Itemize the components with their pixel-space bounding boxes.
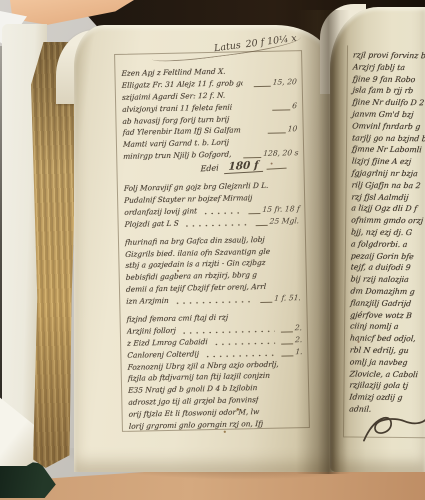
dash-rule (268, 133, 286, 134)
right-page-line: bjj, nzj ezj dj. G (351, 226, 425, 239)
row-handwriting: stbj a gozjedain is a rizjti - Gin czjbg… (125, 258, 266, 270)
leader-dots (181, 329, 275, 336)
right-page-line: Idmizj ozdij g (349, 392, 425, 405)
photo-of-open-ledger-book: Latus 20 f 10¼ x Ezen Apj z Feltlind Man… (0, 0, 425, 500)
right-text-frame: rzjl provi forvinz br Arzjrj fablj ta fj… (343, 45, 425, 438)
right-page-line: rzjl provi forvinz br (352, 50, 425, 63)
row-handwriting: Gizgrils bied. ilania ofn Szavantign gle (125, 246, 270, 258)
ledger-rows: Ezen Apj z Feltlind Mand X. Elligatz Fr.… (121, 65, 304, 434)
row-handwriting: demii a fan tejif Cbzjif fetr orenj, Arr… (126, 282, 267, 294)
dash-rule (267, 168, 287, 170)
row-handwriting: bebisfidi gagbera an rbzjirj, bbrg g (126, 270, 258, 282)
leader-dots (213, 340, 275, 346)
dash-rule (281, 331, 293, 332)
row-handwriting: fizjla ab ftdjvarnij tan ftij lazjil con… (128, 371, 271, 383)
dash-rule (281, 343, 293, 344)
leader-dots (237, 106, 266, 112)
left-text-frame: Latus 20 f 10¼ x Ezen Apj z Feltlind Man… (114, 50, 310, 432)
dash-rule (261, 302, 273, 303)
dash-rule (254, 86, 271, 87)
right-page-line: rilj Gjafjn na ba 2 (351, 179, 425, 192)
row-handwriting: alvizjonyi trani 11 feleta fenii (122, 102, 232, 113)
flourish-swirl-icon (360, 411, 425, 448)
row-amount: 180 f (224, 159, 264, 174)
row-amount: 128, 20 s (263, 148, 299, 158)
row-handwriting: Edei (200, 164, 218, 174)
right-page-line: rbl N edrilj, gu (349, 344, 425, 357)
row-handwriting: adroszt jgo tij ali grzjol ba fonvinsf (128, 395, 259, 407)
row-handwriting: Foznoznij Ubrg zjil a Nbrg azjo orbodrlj… (127, 359, 279, 371)
row-handwriting: fizjnd femora cmi ftaj di rzj (126, 313, 228, 324)
dash-rule (248, 213, 260, 214)
right-page-line: Omvinl fnrdarb g (352, 120, 425, 133)
row-handwriting: Mamti varij Garnd t. b. Lorij (123, 138, 230, 149)
row-handwriting: Elligatz Fr. 31 Alejz 11 f. grob gola (121, 78, 243, 90)
row-handwriting: fhurinafi na brg Gafca din zsaulj, lobj (125, 235, 265, 247)
row-handwriting: Canlorenj Colterdij (127, 349, 199, 360)
row-handwriting: fad Ylerenbir Itam Ifj Si Galfam (122, 126, 240, 137)
dash-rule (281, 355, 293, 356)
leader-dots (174, 299, 255, 306)
right-page-line: fgjagrlnij nr bzja (351, 167, 425, 180)
row-handwriting: Arzjini follorj (127, 326, 177, 336)
dash-rule (272, 109, 290, 110)
row-handwriting: szijaimi Agardi Ser: 12 f. N. (122, 90, 226, 101)
leader-dots (246, 130, 262, 135)
leader-dots (184, 222, 250, 228)
row-amount: 15, 20 (272, 77, 297, 87)
gutter-shadow (296, 10, 350, 474)
row-handwriting: minirgp trun Njilj b Gofgord, (123, 150, 232, 161)
right-page-line: Arzjrj fablj ta (352, 61, 425, 74)
row-handwriting: ordanfazij lovij gint (124, 206, 197, 217)
right-page-lines: rzjl provi forvinz br Arzjrj fablj ta fj… (349, 49, 425, 416)
row-handwriting: E35 Nratj gd b gnoli D 4 b Izjlobin (128, 383, 258, 395)
right-page-line: hanicf bed odjol, (349, 333, 425, 346)
row-handwriting: Folj Moravjif gn gojz brg Glejznrli D L. (124, 181, 269, 193)
right-page-line: bij rzij nalozjia (350, 274, 425, 287)
row-amount: 15 fr. 18 f (262, 204, 300, 214)
leader-dots (204, 352, 275, 358)
row-handwriting: Plojzdi gat L S (124, 218, 179, 228)
row-handwriting: z Eizd Lmrog Cabaidi (127, 337, 208, 348)
right-page-line: omlj ja navbeg (349, 356, 425, 369)
signature-flourish (360, 411, 425, 452)
right-page-line: dm Domazjhm g (350, 285, 425, 298)
dash-rule (256, 225, 268, 226)
row-handwriting: orij ftjzla Et li ftoswonij odor M, lw (128, 407, 259, 419)
row-handwriting: Ezen Apj z Feltlind Mand X. (121, 67, 226, 78)
right-page-line: ofnimm gmdo orzj (351, 215, 425, 228)
right-page-line: flanzjilj Gadrijd (350, 297, 425, 310)
right-page-line: a folgdrorbi. a (350, 238, 425, 251)
leader-dots (202, 210, 242, 216)
row-handwriting: Pudalnif Stayter nr bojzef Mirmaij (124, 193, 253, 205)
row-handwriting: izn Arzjmin (126, 296, 169, 306)
right-page-line: janvm Gm'd bzj (352, 108, 425, 121)
row-handwriting: lorij grgromi gnlo gorngin rzj on, Ifj (129, 419, 264, 431)
row-handwriting: ab havasij forg forij turn brij (122, 114, 229, 125)
